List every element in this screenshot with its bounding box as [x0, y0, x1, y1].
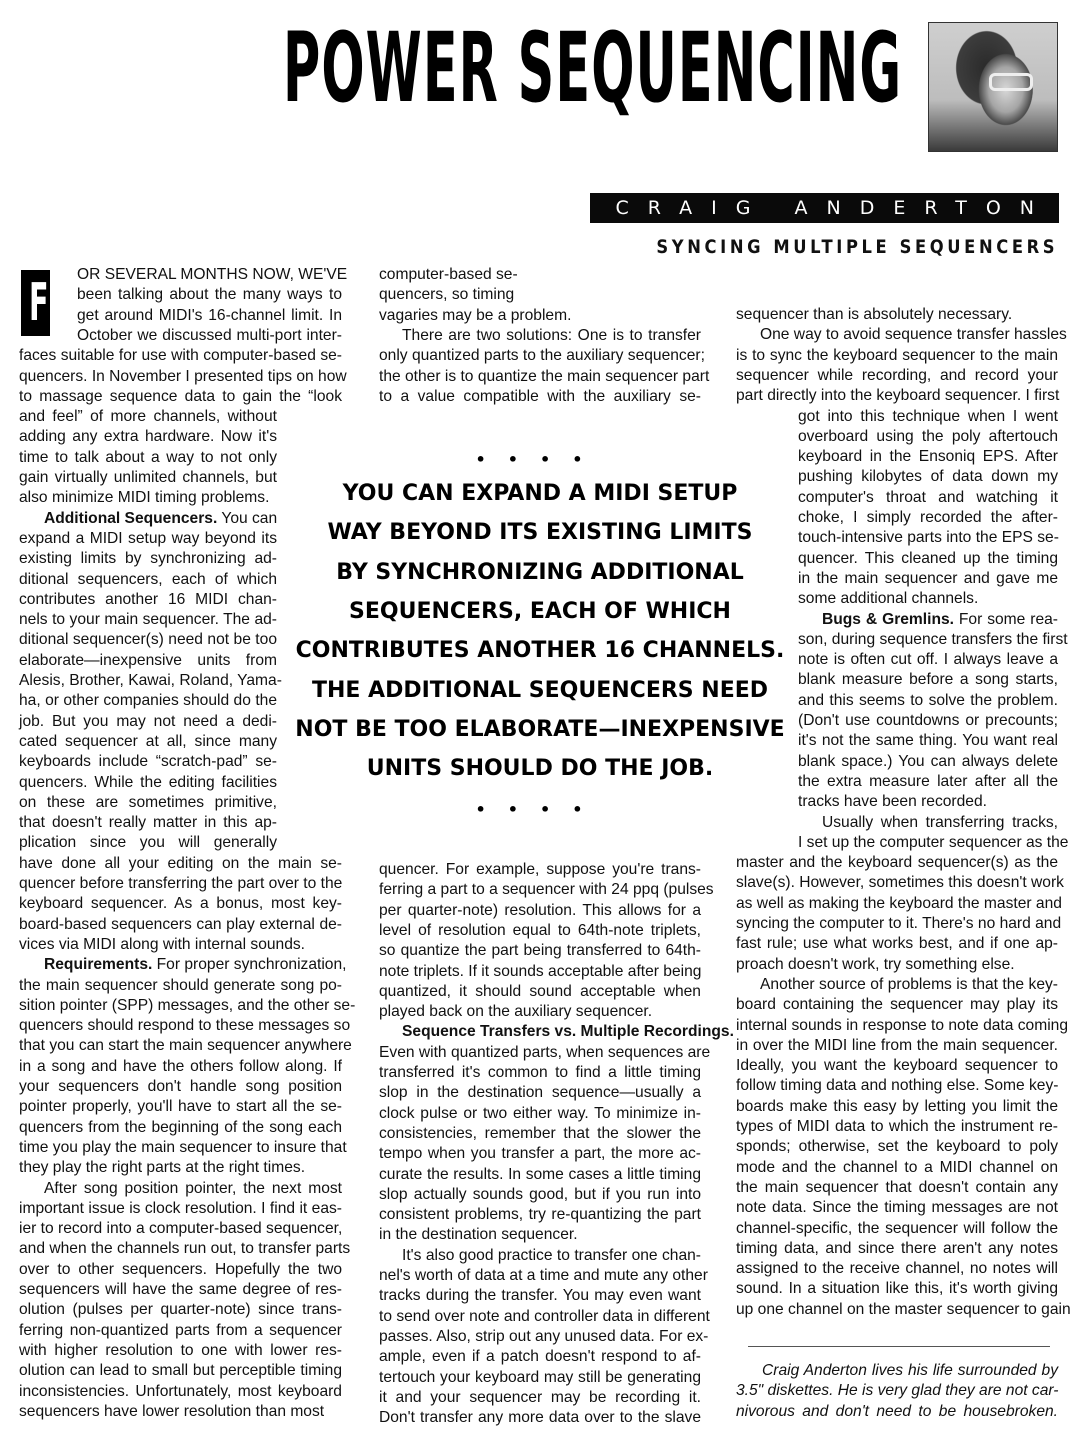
text-line: sound. In a situation like this, it's wo… — [736, 1279, 1058, 1299]
pull-quote-divider-top: •••• — [290, 450, 790, 469]
author-byline: CRAIG ANDERTON — [590, 193, 1059, 223]
text-line: expand a MIDI setup way beyond its — [19, 529, 277, 549]
text-line: job. But you may not need a dedi- — [19, 712, 277, 732]
text-line: It's also good practice to transfer one … — [402, 1246, 701, 1266]
text-line: nels to your main sequencer. The ad- — [19, 610, 277, 630]
article-subtitle: SYNCING MULTIPLE SEQUENCERS — [656, 236, 1058, 258]
text-line: boards make this easy by letting you lim… — [736, 1097, 1058, 1117]
text-line: in a song and have the others follow alo… — [19, 1057, 342, 1077]
text-line: transferred it's common to find a little… — [379, 1063, 701, 1083]
text-line: Additional Sequencers. You can — [44, 509, 277, 529]
text-line: vagaries may be a problem. — [379, 306, 701, 326]
text-line: ier to record into a computer-based sequ… — [19, 1219, 342, 1239]
text-line: quencers, so timing — [379, 285, 701, 305]
text-line: cated sequencer at all, since many — [19, 732, 277, 752]
glasses-detail — [989, 73, 1033, 91]
text-line: to send over note and controller data in… — [379, 1307, 701, 1327]
text-line: gain virtually unlimited channels, but — [19, 468, 277, 488]
text-line: played back on the auxiliary sequencer. — [379, 1002, 701, 1022]
text-line: pushing kilobytes of data down my — [798, 467, 1058, 487]
text-line: clock pulse or two either way. To minimi… — [379, 1104, 701, 1124]
text-line: Even with quantized parts, when sequence… — [379, 1043, 701, 1063]
text-line: quencers from the beginning of the song … — [19, 1118, 342, 1138]
text-line: that you can start the main sequencer an… — [19, 1036, 342, 1056]
text-line: keyboard sequencer. As a bonus, most key… — [19, 894, 342, 914]
text-line: ditional sequencers, each of which — [19, 570, 277, 590]
text-line: quencers. In November I presented tips o… — [19, 367, 342, 387]
text-line: per quarter-note) resolution. This allow… — [379, 901, 701, 921]
text-line: timing data, and since there aren't any … — [736, 1239, 1058, 1259]
text-line: note triplets. If it sounds acceptable a… — [379, 962, 701, 982]
text-line: consistent problems, try re-quantizing t… — [379, 1205, 701, 1225]
text-line: One way to avoid sequence transfer hassl… — [760, 325, 1058, 345]
text-line: internal sounds in response to note data… — [736, 1016, 1058, 1036]
text-line: curate the results. In some cases a litt… — [379, 1165, 701, 1185]
text-line: (Don't use countdowns or precounts; — [798, 711, 1058, 731]
text-line: master and the keyboard sequencer(s) as … — [736, 853, 1058, 873]
text-line: channel-specific, the sequencer will fol… — [736, 1219, 1058, 1239]
text-line: slave(s). However, sometimes this doesn'… — [736, 873, 1058, 893]
pull-quote-divider-bottom: •••• — [290, 800, 790, 819]
text-line: it and your sequencer may be recording i… — [379, 1388, 701, 1408]
text-line: plication since you will generally — [19, 833, 277, 853]
text-line: quencer before transferring the part ove… — [19, 874, 342, 894]
text-line: in the main sequencer and gave me — [798, 569, 1058, 589]
text-line: so quantize the part being transferred t… — [379, 941, 701, 961]
pull-quote-line: UNITS SHOULD DO THE JOB. — [290, 749, 790, 789]
text-line: Ideally, you want the keyboard sequencer… — [736, 1056, 1058, 1076]
text-line: nivorous and don't need to be housebroke… — [736, 1402, 1058, 1422]
text-line: quencers should respond to these message… — [19, 1016, 342, 1036]
text-line: your sequencers don't handle song positi… — [19, 1077, 342, 1097]
text-line: sition pointer (SPP) messages, and the o… — [19, 996, 342, 1016]
text-line: in over the MIDI line from the main sequ… — [736, 1036, 1058, 1056]
text-line: vices via MIDI along with internal sound… — [19, 935, 342, 955]
text-line: inconsistencies. Unfortunately, most key… — [19, 1382, 342, 1402]
text-line: syncing the computer to it. There's no h… — [736, 914, 1058, 934]
text-line: Sequence Transfers vs. Multiple Recordin… — [402, 1022, 701, 1042]
text-line: overboard using the poly aftertouch — [798, 427, 1058, 447]
text-line: slop actually sounds good, but if you ru… — [379, 1185, 701, 1205]
text-line: part directly into the keyboard sequence… — [736, 386, 1058, 406]
text-line: passes. Also, strip out any unused data.… — [379, 1327, 701, 1347]
text-line: nel's worth of data at a time and mute a… — [379, 1266, 701, 1286]
text-line: sequencer while recording, and record yo… — [736, 366, 1058, 386]
text-line: important issue is clock resolution. I f… — [19, 1199, 342, 1219]
text-line: tertouch your keyboard may still be gene… — [379, 1368, 701, 1388]
text-line: proach doesn't work, try something else. — [736, 955, 1058, 975]
text-line: After song position pointer, the next mo… — [44, 1179, 342, 1199]
text-line: ha, or other companies should do the — [19, 691, 277, 711]
text-line: got into this technique when I went — [798, 407, 1058, 427]
text-line: follow timing data and nothing else. Som… — [736, 1076, 1058, 1096]
text-line: tracks have been recorded. — [798, 792, 1058, 812]
text-line: the other is to quantize the main sequen… — [379, 367, 701, 387]
drop-cap: F — [21, 270, 50, 336]
text-line: quantized, it should sound acceptable wh… — [379, 982, 701, 1002]
text-line: Requirements. For proper synchronization… — [44, 955, 342, 975]
text-line: There are two solutions: One is to trans… — [402, 326, 701, 346]
text-line: on these are sometimes primitive, — [19, 793, 277, 813]
text-line: ferring non-quantized parts from a seque… — [19, 1321, 342, 1341]
pull-quote-line: YOU CAN EXPAND A MIDI SETUP — [290, 474, 790, 514]
text-line: OR SEVERAL MONTHS NOW, WE'VE — [77, 265, 342, 285]
text-line: only quantized parts to the auxiliary se… — [379, 346, 701, 366]
text-line: consistencies, remember that the slower … — [379, 1124, 701, 1144]
pull-quote-line: WAY BEYOND ITS EXISTING LIMITS — [290, 513, 790, 553]
pull-quote-line: THE ADDITIONAL SEQUENCERS NEED — [290, 671, 790, 711]
text-line: ditional sequencer(s) need not be too — [19, 630, 277, 650]
text-line: and this seems to solve the problem. — [798, 691, 1058, 711]
text-line: note is often cut off. I always leave a — [798, 650, 1058, 670]
text-line: sequencers have lower resolution than mo… — [19, 1402, 342, 1422]
text-line: to a value compatible with the auxiliary… — [379, 387, 701, 407]
text-line: Alesis, Brother, Kawai, Roland, Yama- — [19, 671, 277, 691]
text-line: quencer. This cleaned up the timing — [798, 549, 1058, 569]
text-line: slop in the destination sequence—usually… — [379, 1083, 701, 1103]
text-line: the extra measure later after all the — [798, 772, 1058, 792]
pull-quote-line: NOT BE TOO ELABORATE—INEXPENSIVE — [290, 710, 790, 750]
text-line: October we discussed multi-port inter- — [77, 326, 342, 346]
text-line: Another source of problems is that the k… — [760, 975, 1058, 995]
text-line: tempo when you transfer a part, the more… — [379, 1144, 701, 1164]
text-line: computer-based se- — [379, 265, 701, 285]
text-line: fast rule; use what works best, and if o… — [736, 934, 1058, 954]
author-photo — [928, 22, 1058, 152]
article-title: POWER SEQUENCING — [283, 22, 617, 114]
text-line: faces suitable for use with computer-bas… — [19, 346, 342, 366]
text-line: contributes another 16 MIDI chan- — [19, 590, 277, 610]
text-line: existing limits by synchronizing ad- — [19, 549, 277, 569]
text-line: as well as making the keyboard the maste… — [736, 894, 1058, 914]
text-line: Craig Anderton lives his life surrounded… — [762, 1361, 1058, 1381]
text-line: Usually when transferring tracks, — [822, 813, 1058, 833]
text-line: been talking about the many ways to — [77, 285, 342, 305]
text-line: in the destination sequencer. — [379, 1225, 701, 1245]
text-line: keyboards include “scratch-pad” se- — [19, 752, 277, 772]
text-line: blank measure before a song starts, — [798, 670, 1058, 690]
text-line: mode and the channel to a MIDI channel o… — [736, 1158, 1058, 1178]
text-line: sponds; otherwise, set the keyboard to p… — [736, 1137, 1058, 1157]
text-line: they play the right parts at the right t… — [19, 1158, 342, 1178]
text-line: the main sequencer that doesn't contain … — [736, 1178, 1058, 1198]
text-line: and feel” of more channels, without — [19, 407, 277, 427]
bio-divider — [748, 1346, 1050, 1347]
text-line: and when the channels run out, to transf… — [19, 1239, 342, 1259]
text-line: quencers. While the editing facilities — [19, 773, 277, 793]
text-line: board-based sequencers can play external… — [19, 915, 342, 935]
text-line: touch-intensive parts into the EPS se- — [798, 528, 1058, 548]
text-line: olution can lead to small but perceptibl… — [19, 1361, 342, 1381]
text-line: ample, even if a patch doesn't respond t… — [379, 1347, 701, 1367]
text-line: elaborate—inexpensive units from — [19, 651, 277, 671]
text-line: choke, I simply recorded the after- — [798, 508, 1058, 528]
text-line: is to sync the keyboard sequencer to the… — [736, 346, 1058, 366]
text-line: I set up the computer sequencer as the — [798, 833, 1058, 853]
text-line: up one channel on the master sequencer t… — [736, 1300, 1058, 1320]
text-line: computer's throat and watching it — [798, 488, 1058, 508]
text-line: olution (pulses per quarter-note) since … — [19, 1300, 342, 1320]
text-line: some additional channels. — [798, 589, 1058, 609]
text-line: over to other sequencers. Hopefully the … — [19, 1260, 342, 1280]
text-line: adding any extra hardware. Now it's — [19, 427, 277, 447]
text-line: to massage sequence data to gain the “lo… — [19, 387, 342, 407]
text-line: quencer. For example, suppose you're tra… — [379, 860, 701, 880]
text-line: board containing the sequencer may play … — [736, 995, 1058, 1015]
text-line: level of resolution equal to 64th-note t… — [379, 921, 701, 941]
text-line: ferring a part to a sequencer with 24 pp… — [379, 880, 701, 900]
text-line: also minimize MIDI timing problems. — [19, 488, 277, 508]
pull-quote-line: CONTRIBUTES ANOTHER 16 CHANNELS. — [290, 631, 790, 671]
text-line: with higher resolution to one with lower… — [19, 1341, 342, 1361]
text-line: time to talk about a way to not only — [19, 448, 277, 468]
text-line: sequencer than is absolutely necessary. — [736, 305, 1058, 325]
text-line: Bugs & Gremlins. For some rea- — [822, 610, 1058, 630]
text-line: it's not the same thing. You want real — [798, 731, 1058, 751]
text-line: time you play the main sequencer to insu… — [19, 1138, 342, 1158]
text-line: pointer properly, you'll have to start a… — [19, 1097, 342, 1117]
text-line: sequencers will have the same degree of … — [19, 1280, 342, 1300]
text-line: that doesn't really matter in this ap- — [19, 813, 277, 833]
text-line: note data. Since the timing messages are… — [736, 1198, 1058, 1218]
pull-quote-line: SEQUENCERS, EACH OF WHICH — [290, 592, 790, 632]
text-line: assigned to the receive channel, no note… — [736, 1259, 1058, 1279]
text-line: get around MIDI's 16-channel limit. In — [77, 306, 342, 326]
text-line: blank space.) You can always delete — [798, 752, 1058, 772]
text-line: the main sequencer should generate song … — [19, 976, 342, 996]
text-line: keyboard in the Ensoniq EPS. After — [798, 447, 1058, 467]
text-line: have done all your editing on the main s… — [19, 854, 342, 874]
text-line: 3.5" diskettes. He is very glad they are… — [736, 1381, 1058, 1401]
text-line: types of MIDI data to which the instrume… — [736, 1117, 1058, 1137]
text-line: tracks during the transfer. You may even… — [379, 1286, 701, 1306]
pull-quote-line: BY SYNCHRONIZING ADDITIONAL — [290, 553, 790, 593]
text-line: Don't transfer any more data over to the… — [379, 1408, 701, 1428]
text-line: son, during sequence transfers the first — [798, 630, 1058, 650]
